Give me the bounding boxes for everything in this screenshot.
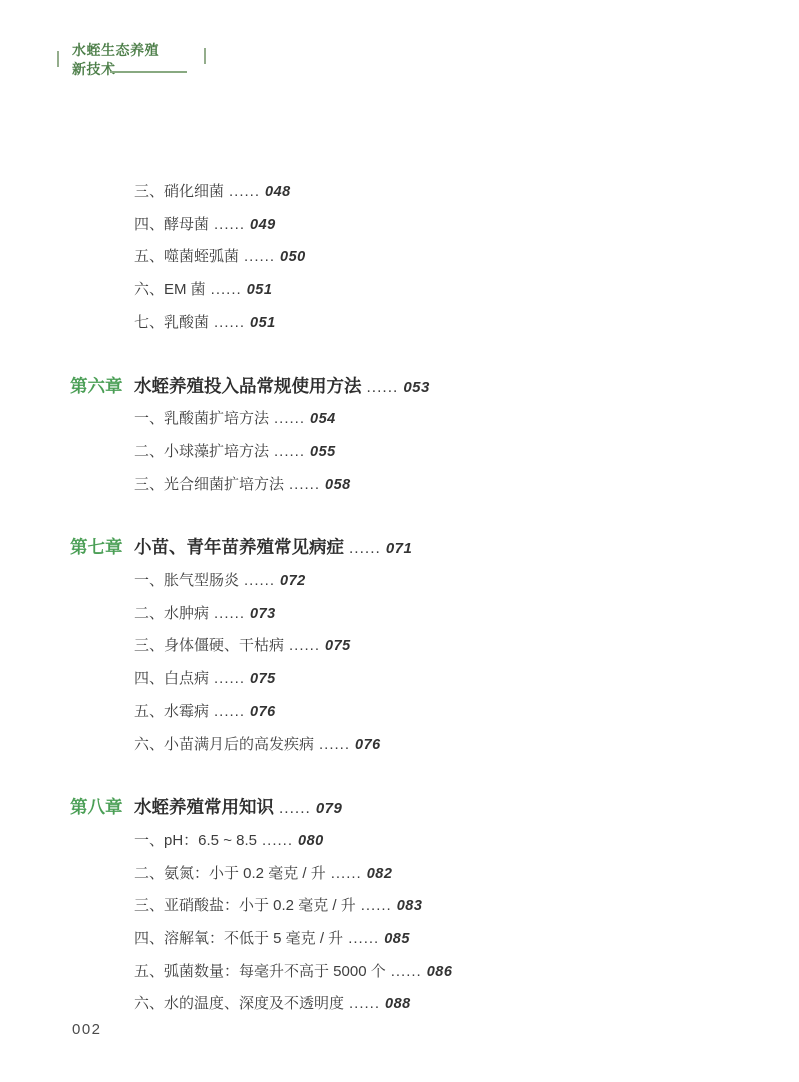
item-page-number: 076 [250,704,276,720]
toc-item: 一、胀气型肠炎......072 [70,565,670,598]
leader-dots: ...... [331,865,362,882]
chapter-row: 第六章水蛭养殖投入品常规使用方法......053 [70,371,670,404]
leader-dots: ...... [214,670,245,687]
toc-item: 五、噬菌蛭弧菌......050 [70,241,670,274]
toc-item-label: 五、噬菌蛭弧菌 [134,248,239,265]
chapter-row: 第八章水蛭养殖常用知识......079 [70,792,670,825]
chapter-page-number: 071 [386,540,413,557]
toc-item: 三、亚硝酸盐：小于 0.2 毫克 / 升......083 [70,890,670,923]
toc-item-label: 四、酵母菌 [134,216,209,233]
item-page-number: 088 [385,996,411,1012]
toc-item: 一、pH：6.5 ~ 8.5......080 [70,825,670,858]
toc-item-label: 六、EM 菌 [134,281,206,298]
toc-item: 六、水的温度、深度及不透明度......088 [70,988,670,1021]
item-page-number: 048 [265,184,291,200]
toc-item: 二、小球藻扩培方法......055 [70,436,670,469]
page-number-folio: 002 [72,1021,102,1038]
leader-dots: ...... [244,248,275,265]
header-right-bar [204,48,206,64]
toc-item-label: 六、小苗满月后的高发疾病 [134,736,314,753]
item-page-number: 082 [367,866,393,882]
leader-dots: ...... [348,930,379,947]
leader-dots: ...... [274,410,305,427]
toc-item: 三、光合细菌扩培方法......058 [70,469,670,502]
book-title-line2: 新技术 [72,60,159,79]
leader-dots: ...... [367,379,399,396]
toc-item-label: 五、弧菌数量：每毫升不高于 5000 个 [134,963,386,980]
item-page-number: 054 [310,411,336,427]
toc-item: 二、氨氮：小于 0.2 毫克 / 升......082 [70,858,670,891]
leader-dots: ...... [229,183,260,200]
leader-dots: ...... [391,963,422,980]
chapter-row: 第七章小苗、青年苗养殖常见病症......071 [70,532,670,565]
toc-item-label: 二、小球藻扩培方法 [134,443,269,460]
toc-item-label: 三、身体僵硬、干枯病 [134,637,284,654]
header-rule [110,71,187,73]
toc-section: 第八章水蛭养殖常用知识......079 一、pH：6.5 ~ 8.5.....… [70,792,670,1021]
chapter-page-number: 053 [403,379,430,396]
toc-item-label: 一、乳酸菌扩培方法 [134,410,269,427]
toc-item: 四、酵母菌......049 [70,209,670,242]
toc-item-label: 三、硝化细菌 [134,183,224,200]
chapter-title: 水蛭养殖投入品常规使用方法 [134,376,362,396]
item-page-number: 085 [384,931,410,947]
running-header: 水蛭生态养殖 新技术 [57,41,217,81]
toc-item-label: 四、溶解氧：不低于 5 毫克 / 升 [134,930,343,947]
toc-item-label: 三、亚硝酸盐：小于 0.2 毫克 / 升 [134,897,356,914]
item-page-number: 050 [280,249,306,265]
toc-item-label: 四、白点病 [134,670,209,687]
item-page-number: 075 [250,671,276,687]
toc-item-label: 二、氨氮：小于 0.2 毫克 / 升 [134,865,326,882]
leader-dots: ...... [289,637,320,654]
leader-dots: ...... [279,800,311,817]
leader-dots: ...... [319,736,350,753]
leader-dots: ...... [349,995,380,1012]
toc-item: 四、溶解氧：不低于 5 毫克 / 升......085 [70,923,670,956]
item-page-number: 083 [397,898,423,914]
chapter-title: 水蛭养殖常用知识 [134,797,274,817]
leader-dots: ...... [361,897,392,914]
item-page-number: 073 [250,606,276,622]
leader-dots: ...... [214,216,245,233]
leader-dots: ...... [244,572,275,589]
leader-dots: ...... [349,540,381,557]
toc-item: 三、硝化细菌......048 [70,176,670,209]
toc-item-label: 七、乳酸菌 [134,314,209,331]
item-page-number: 076 [355,737,381,753]
item-page-number: 072 [280,573,306,589]
leader-dots: ...... [289,476,320,493]
toc-item-label: 二、水肿病 [134,605,209,622]
chapter-page-number: 079 [316,800,343,817]
toc-item: 六、小苗满月后的高发疾病......076 [70,729,670,762]
toc-item-label: 一、pH：6.5 ~ 8.5 [134,832,257,849]
item-page-number: 049 [250,217,276,233]
chapter-label: 第七章 [70,532,134,564]
toc-item-label: 三、光合细菌扩培方法 [134,476,284,493]
chapter-label: 第八章 [70,792,134,824]
toc-item: 五、水霉病......076 [70,696,670,729]
item-page-number: 055 [310,444,336,460]
item-page-number: 080 [298,833,324,849]
item-page-number: 058 [325,477,351,493]
toc-section: 第六章水蛭养殖投入品常规使用方法......053 一、乳酸菌扩培方法.....… [70,371,670,502]
toc-item: 五、弧菌数量：每毫升不高于 5000 个......086 [70,956,670,989]
toc-item-label: 五、水霉病 [134,703,209,720]
book-title: 水蛭生态养殖 新技术 [72,41,159,79]
toc-section: 三、硝化细菌......048 四、酵母菌......049 五、噬菌蛭弧菌..… [70,176,670,340]
toc-item: 三、身体僵硬、干枯病......075 [70,630,670,663]
leader-dots: ...... [214,314,245,331]
toc-item: 六、EM 菌......051 [70,274,670,307]
toc-item-label: 六、水的温度、深度及不透明度 [134,995,344,1012]
leader-dots: ...... [214,703,245,720]
item-page-number: 075 [325,638,351,654]
leader-dots: ...... [211,281,242,298]
item-page-number: 086 [427,964,453,980]
toc-section: 第七章小苗、青年苗养殖常见病症......071 一、胀气型肠炎......07… [70,532,670,761]
leader-dots: ...... [274,443,305,460]
table-of-contents: 三、硝化细菌......048 四、酵母菌......049 五、噬菌蛭弧菌..… [70,176,670,1021]
chapter-label: 第六章 [70,371,134,403]
toc-item-label: 一、胀气型肠炎 [134,572,239,589]
toc-item: 七、乳酸菌......051 [70,307,670,340]
leader-dots: ...... [214,605,245,622]
chapter-title: 小苗、青年苗养殖常见病症 [134,537,344,557]
header-left-bar [57,51,59,67]
item-page-number: 051 [250,315,276,331]
item-page-number: 051 [247,282,273,298]
toc-item: 一、乳酸菌扩培方法......054 [70,403,670,436]
book-title-line1: 水蛭生态养殖 [72,41,159,60]
toc-item: 四、白点病......075 [70,663,670,696]
toc-item: 二、水肿病......073 [70,598,670,631]
book-page: 水蛭生态养殖 新技术 三、硝化细菌......048 四、酵母菌......04… [0,0,799,1082]
leader-dots: ...... [262,832,293,849]
